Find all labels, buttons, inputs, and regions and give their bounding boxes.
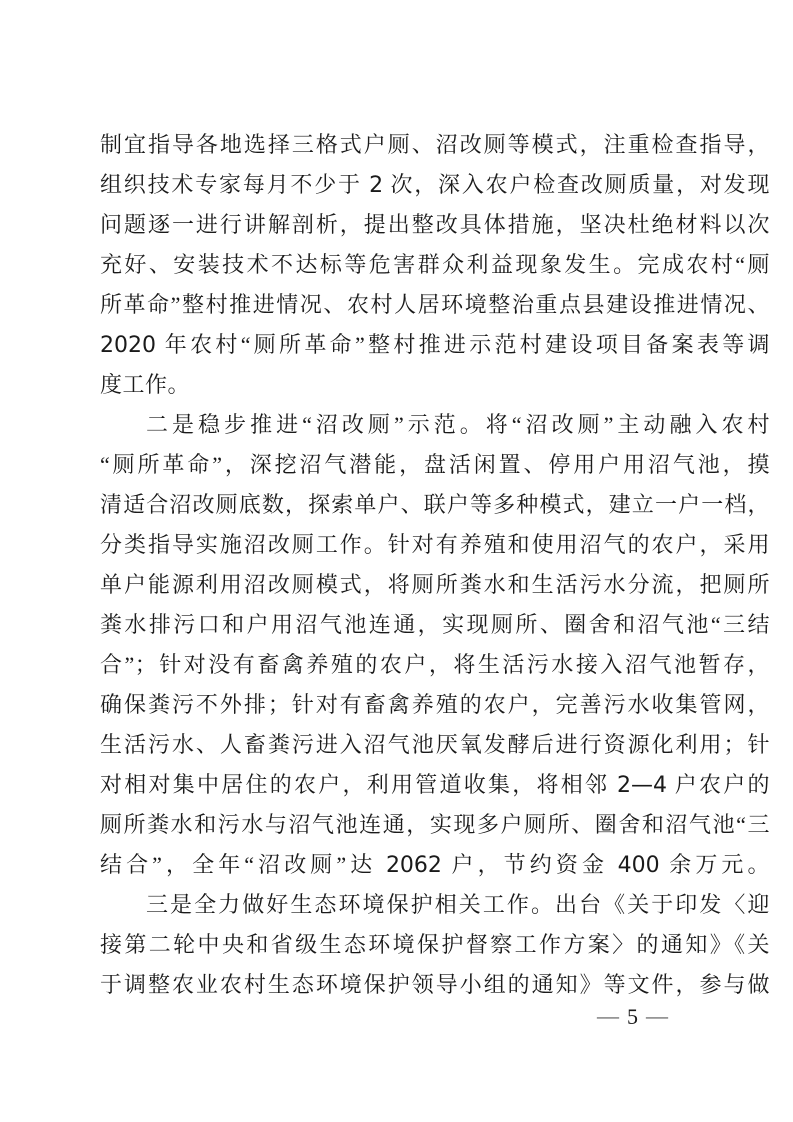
body-line: 制宜指导各地选择三格式户厕、沼改厕等模式，注重检查指导， (100, 125, 770, 165)
body-line: “厕所革命”，深挖沼气潜能，盘活闲置、停用户用沼气池，摸 (100, 445, 770, 485)
body-line: 对相对集中居住的农户，利用管道收集，将相邻 2—4 户农户的 (100, 765, 770, 805)
body-line: 组织技术专家每月不少于 2 次，深入农户检查改厕质量，对发现 (100, 165, 770, 205)
body-line-paragraph-end: 结合”，全年“沼改厕”达 2062 户，节约资金 400 余万元。 (100, 845, 770, 885)
page-number-value: 5 (627, 1004, 638, 1029)
body-line: 生活污水、人畜粪污进入沼气池厌氧发酵后进行资源化利用；针 (100, 725, 770, 765)
document-page: 制宜指导各地选择三格式户厕、沼改厕等模式，注重检查指导， 组织技术专家每月不少于… (0, 0, 793, 1122)
page-number: —5— (597, 1000, 668, 1032)
body-line-paragraph-start: 二是稳步推进“沼改厕”示范。将“沼改厕”主动融入农村 (100, 405, 770, 445)
body-line: 于调整农业农村生态环境保护领导小组的通知》等文件，参与做 (100, 965, 770, 1005)
body-line: 分类指导实施沼改厕工作。针对有养殖和使用沼气的农户，采用 (100, 525, 770, 565)
body-line: 单户能源利用沼改厕模式，将厕所粪水和生活污水分流，把厕所 (100, 565, 770, 605)
body-line: 充好、安装技术不达标等危害群众利益现象发生。完成农村“厕 (100, 245, 770, 285)
body-line-paragraph-end: 度工作。 (100, 365, 770, 405)
body-text-block: 制宜指导各地选择三格式户厕、沼改厕等模式，注重检查指导， 组织技术专家每月不少于… (100, 125, 770, 1005)
body-line: 问题逐一进行讲解剖析，提出整改具体措施，坚决杜绝材料以次 (100, 205, 770, 245)
body-line-paragraph-start: 三是全力做好生态环境保护相关工作。出台《关于印发〈迎 (100, 885, 770, 925)
body-line: 粪水排污口和户用沼气池连通，实现厕所、圈舍和沼气池“三结 (100, 605, 770, 645)
page-number-dash-left: — (597, 1003, 619, 1028)
body-line: 合”；针对没有畜禽养殖的农户，将生活污水接入沼气池暂存， (100, 645, 770, 685)
body-line: 确保粪污不外排；针对有畜禽养殖的农户，完善污水收集管网， (100, 685, 770, 725)
body-line: 2020 年农村“厕所革命”整村推进示范村建设项目备案表等调 (100, 325, 770, 365)
body-line: 清适合沼改厕底数，探索单户、联户等多种模式，建立一户一档， (100, 485, 770, 525)
page-number-dash-right: — (646, 1003, 668, 1028)
body-line: 厕所粪水和污水与沼气池连通，实现多户厕所、圈舍和沼气池“三 (100, 805, 770, 845)
body-line: 所革命”整村推进情况、农村人居环境整治重点县建设推进情况、 (100, 285, 770, 325)
body-line: 接第二轮中央和省级生态环境保护督察工作方案〉的通知》《关 (100, 925, 770, 965)
